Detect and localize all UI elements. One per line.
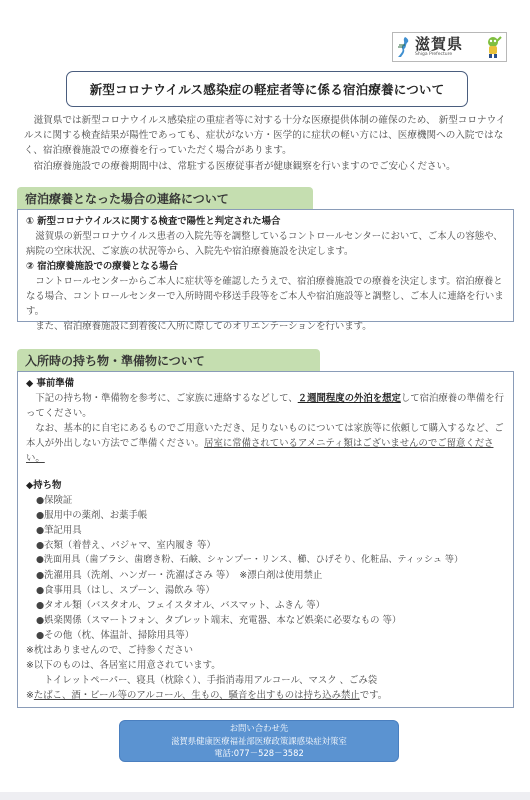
section-heading-contact-text: 宿泊療養となった場合の連絡について — [25, 190, 229, 207]
section-box-belongings: ◆ 事前準備 下記の持ち物・準備物を参考に、ご家族に連絡するなどして、２週間程度… — [17, 371, 514, 708]
page-title-box: 新型コロナウイルス感染症の軽症者等に係る宿泊療養について — [66, 71, 468, 107]
list-item: ●保険証 — [26, 493, 505, 508]
prep-title: ◆ 事前準備 — [26, 376, 505, 391]
prep-paragraph-1: 下記の持ち物・準備物を参考に、ご家族に連絡するなどして、２週間程度の外泊を想定し… — [26, 391, 505, 421]
items-title: ◆持ち物 — [26, 478, 505, 493]
list-item: ●娯楽関係（スマートフォン、タブレット端末、充電器、本など娯楽に必要なもの 等） — [26, 613, 505, 628]
list-item: ●筆記用具 — [26, 523, 505, 538]
section-box-contact: ① 新型コロナウイルスに関する検査で陽性と判定された場合 滋賀県の新型コロナウイ… — [17, 209, 514, 322]
case1-title: ① 新型コロナウイルスに関する検査で陽性と判定された場合 — [26, 214, 505, 229]
logo-kanji: 滋賀県 — [415, 37, 463, 52]
contact-phone: 電話:077－528－3582 — [214, 747, 304, 760]
list-item: ●タオル類（バスタオル、フェイスタオル、バスマット、ふきん 等） — [26, 598, 505, 613]
section-heading-belongings: 入所時の持ち物・準備物について — [17, 349, 320, 371]
case1-body: 滋賀県の新型コロナウイルス患者の入院先等を調整しているコントロールセンターにおい… — [26, 229, 505, 259]
note-provided: ※以下のものは、各居室に用意されています。 — [26, 658, 505, 673]
list-item: ●洗濯用具（洗剤、ハンガー・洗濯ばさみ 等） ※漂白剤は使用禁止 — [26, 568, 505, 583]
mascot-icon — [484, 35, 502, 59]
intro-paragraph-2: 宿泊療養施設での療養期間中は、常駐する医療従事者が健康観察を行いますのでご安心く… — [24, 159, 514, 174]
contact-department: 滋賀県健康医療福祉部医療政策課感染症対策室 — [171, 735, 347, 748]
list-item: ●衣類（着替え、パジャマ、室内履き 等） — [26, 538, 505, 553]
two-week-emphasis: ２週間程度の外泊を想定 — [298, 393, 401, 404]
provided-items: トイレットペーパー、寝具（枕除く）、手指消毒用アルコール、マスク 、ごみ袋 — [26, 673, 505, 688]
intro-paragraph-1: 滋賀県では新型コロナウイルス感染症の重症者等に対する十分な医療提供体制の確保のた… — [24, 113, 514, 159]
prep-paragraph-2: なお、基本的に自宅にあるものでご用意いただき、足りないものについては家族等に依頼… — [26, 421, 505, 466]
prohibited-items: たばこ、酒・ビール等のアルコール、生もの、騒音を出すものは持ち込み禁止 — [34, 690, 360, 701]
logo-roman: Shiga Prefecture — [415, 53, 463, 58]
intro-text: 滋賀県では新型コロナウイルス感染症の重症者等に対する十分な医療提供体制の確保のた… — [24, 113, 514, 174]
list-item: ●洗面用具（歯ブラシ、歯磨き粉、石鹸、シャンプー・リンス、櫛、ひげそり、化粧品、… — [26, 553, 505, 568]
section-heading-belongings-text: 入所時の持ち物・準備物について — [25, 352, 205, 369]
lake-biwa-icon — [397, 36, 411, 58]
case2-title: ② 宿泊療養施設での療養となる場合 — [26, 259, 505, 274]
contact-box: お問い合わせ先 滋賀県健康医療福祉部医療政策課感染症対策室 電話:077－528… — [119, 720, 399, 762]
contact-label: お問い合わせ先 — [230, 722, 289, 735]
list-item: ●食事用具（はし、スプーン、湯飲み 等） — [26, 583, 505, 598]
note-prohibited: ※たばこ、酒・ビール等のアルコール、生もの、騒音を出すものは持ち込み禁止です。 — [26, 688, 505, 703]
note-pillow: ※枕はありませんので、ご持参ください — [26, 643, 505, 658]
bottom-bar — [0, 792, 530, 800]
section-heading-contact: 宿泊療養となった場合の連絡について — [17, 187, 313, 209]
shiga-prefecture-logo: 滋賀県 Shiga Prefecture — [392, 32, 507, 62]
list-item: ●その他（枕、体温計、掃除用具等） — [26, 628, 505, 643]
page-title: 新型コロナウイルス感染症の軽症者等に係る宿泊療養について — [90, 80, 445, 98]
case2-body-2: また、宿泊療養施設に到着後に入所に際してのオリエンテーションを行います。 — [26, 319, 505, 334]
list-item: ●服用中の薬剤、お薬手帳 — [26, 508, 505, 523]
case2-body-1: コントロールセンターからご本人に症状等を確認したうえで、宿泊療養施設での療養を決… — [26, 274, 505, 319]
